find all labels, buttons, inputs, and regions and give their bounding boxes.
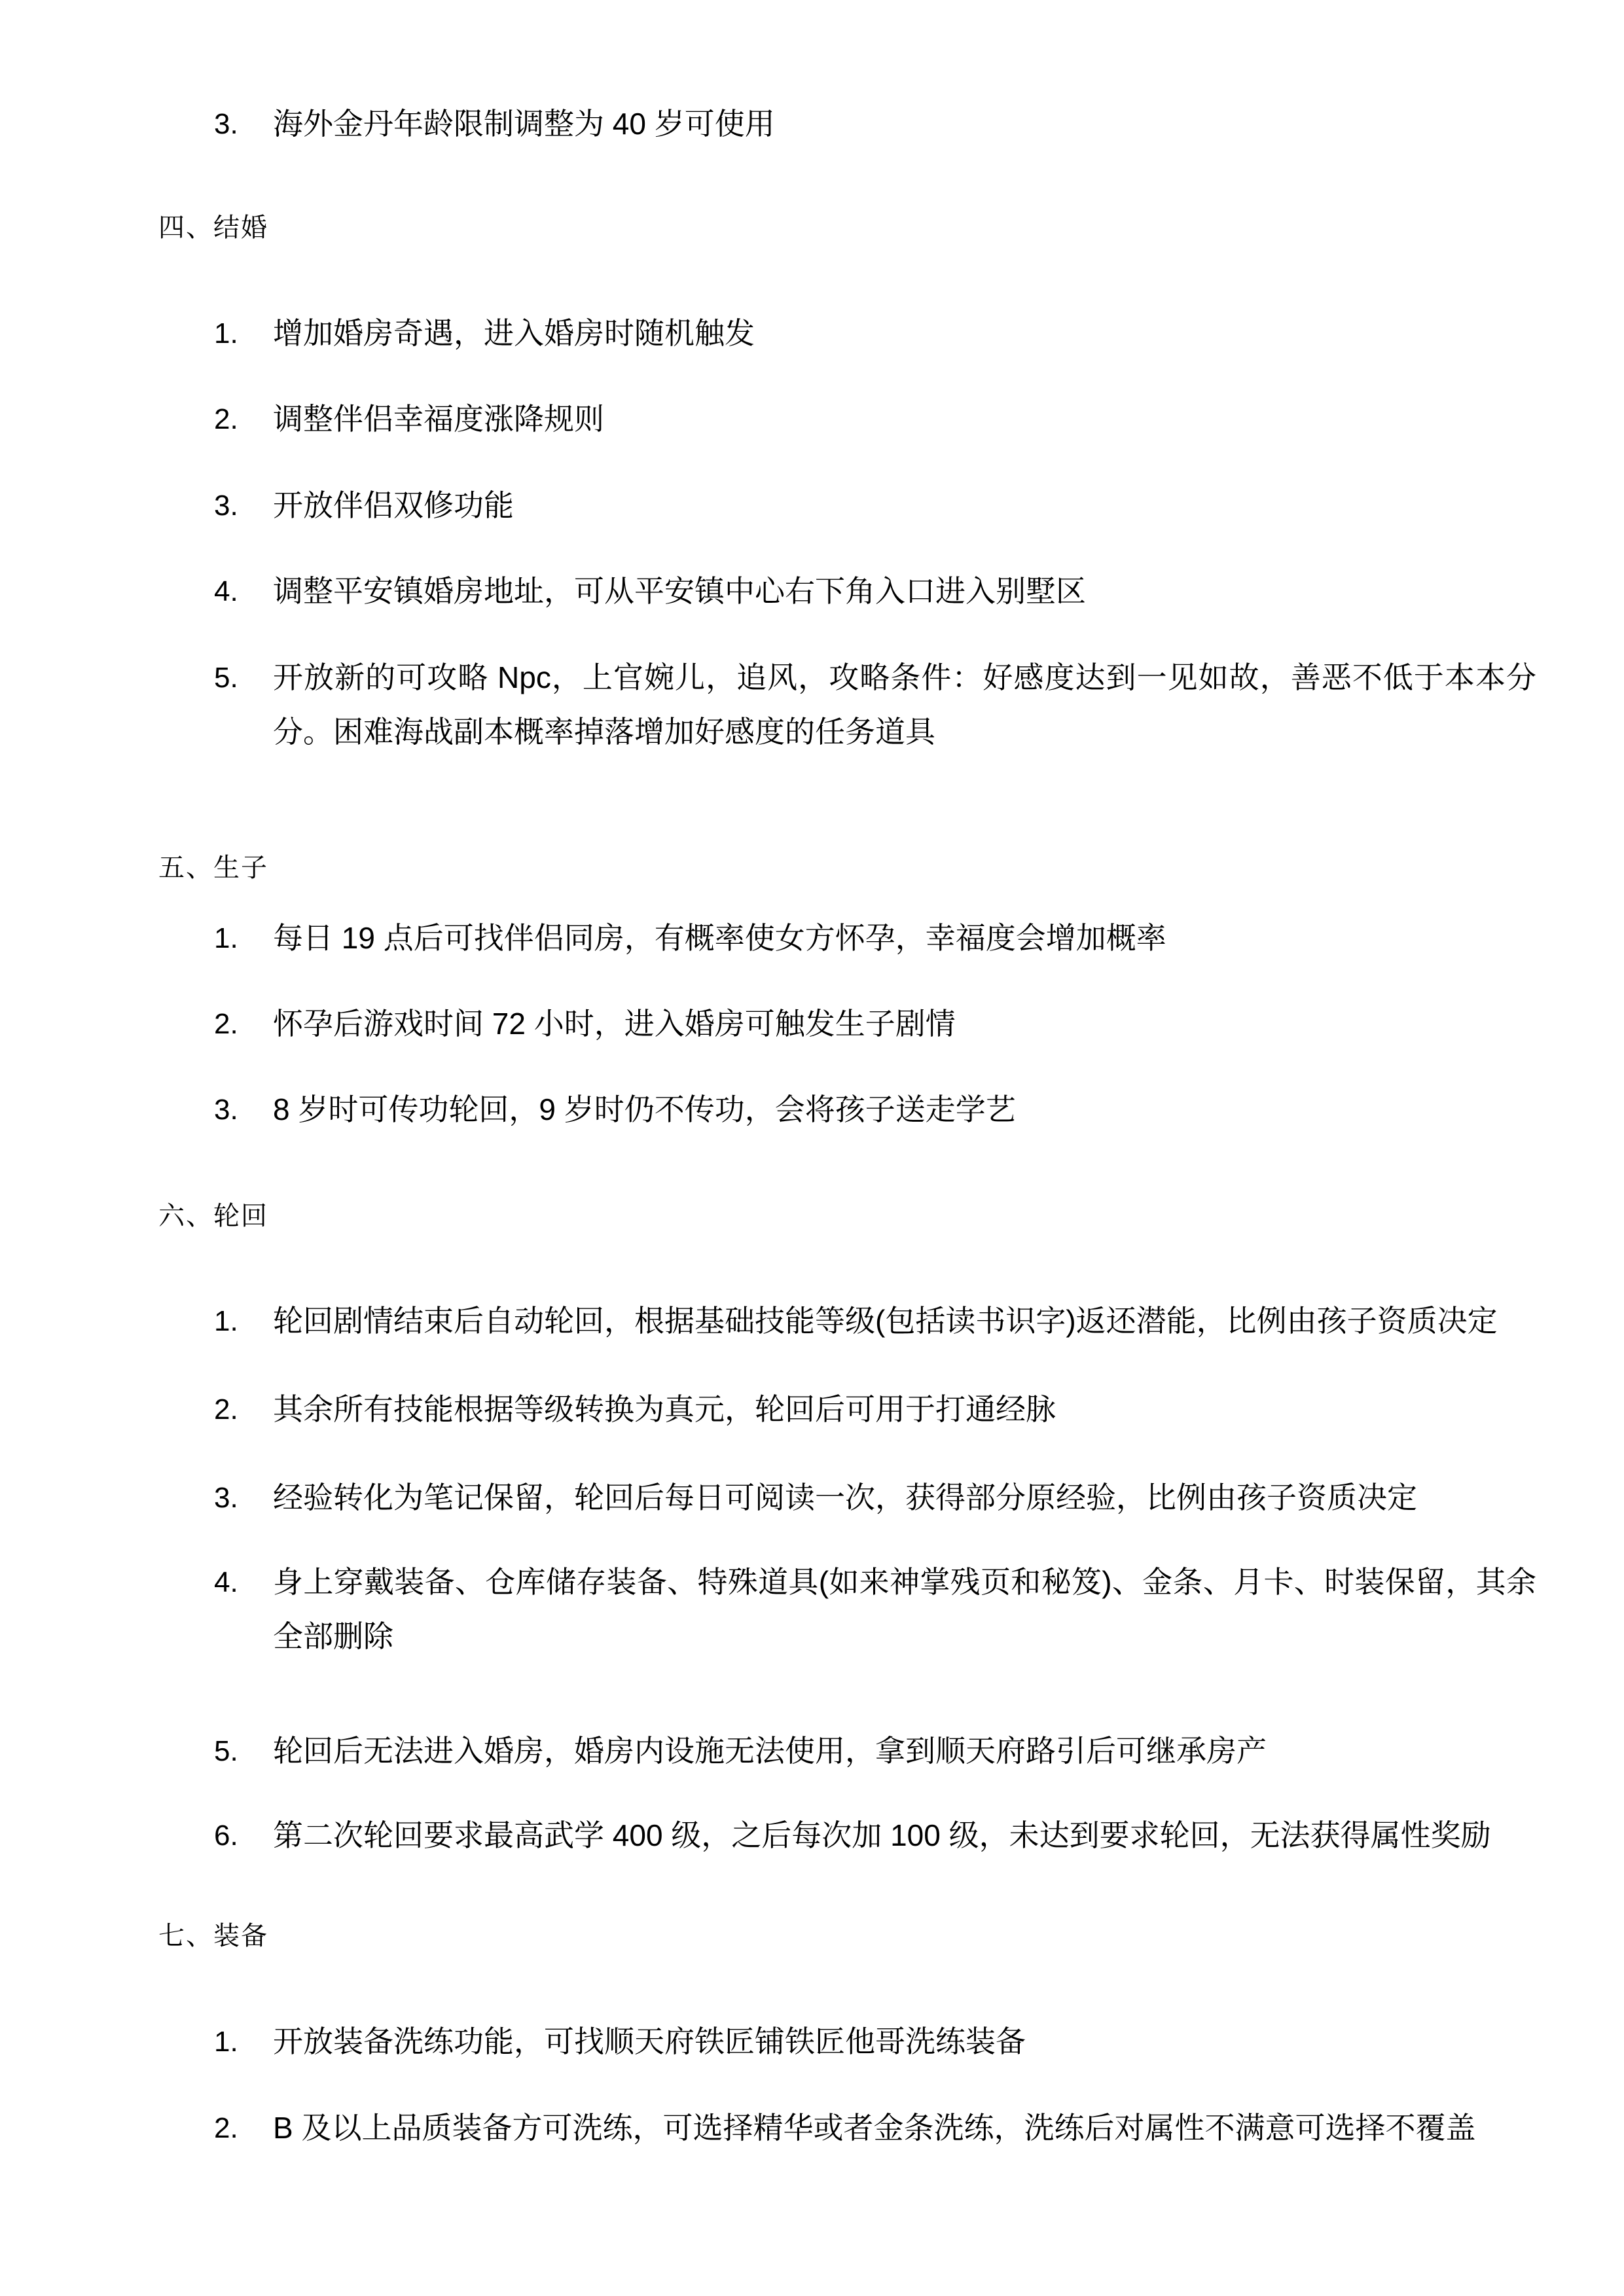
item-text: 8 岁时可传功轮回，9 岁时仍不传功，会将孩子送走学艺	[273, 1083, 1536, 1137]
item-text: 调整伴侣幸福度涨降规则	[273, 392, 1536, 446]
list-item: 2. 其余所有技能根据等级转换为真元，轮回后可用于打通经脉	[214, 1382, 1536, 1437]
section-heading-marriage: 四、结婚	[158, 211, 268, 245]
item-text: 海外金丹年龄限制调整为 40 岁可使用	[273, 97, 1536, 151]
item-number: 4.	[214, 1555, 273, 1609]
item-number: 3.	[214, 1471, 273, 1525]
list-item: 3. 海外金丹年龄限制调整为 40 岁可使用	[214, 97, 1536, 151]
item-number: 3.	[214, 478, 273, 533]
item-number: 6.	[214, 1808, 273, 1863]
list-item: 6. 第二次轮回要求最高武学 400 级，之后每次加 100 级，未达到要求轮回…	[214, 1808, 1536, 1863]
item-number: 5.	[214, 1724, 273, 1778]
item-text: B 及以上品质装备方可洗练，可选择精华或者金条洗练，洗练后对属性不满意可选择不覆…	[273, 2101, 1536, 2155]
item-text: 每日 19 点后可找伴侣同房，有概率使女方怀孕，幸福度会增加概率	[273, 911, 1536, 965]
list-item: 2. 调整伴侣幸福度涨降规则	[214, 392, 1536, 446]
item-text: 经验转化为笔记保留，轮回后每日可阅读一次，获得部分原经验，比例由孩子资质决定	[273, 1471, 1536, 1525]
list-item: 3. 经验转化为笔记保留，轮回后每日可阅读一次，获得部分原经验，比例由孩子资质决…	[214, 1471, 1536, 1525]
item-number: 2.	[214, 392, 273, 446]
list-item: 1. 增加婚房奇遇，进入婚房时随机触发	[214, 306, 1536, 361]
item-number: 2.	[214, 1382, 273, 1437]
item-number: 1.	[214, 1294, 273, 1348]
item-text: 轮回剧情结束后自动轮回，根据基础技能等级(包括读书识字)返还潜能，比例由孩子资质…	[273, 1294, 1536, 1348]
item-text: 增加婚房奇遇，进入婚房时随机触发	[273, 306, 1536, 361]
item-text: 开放伴侣双修功能	[273, 478, 1536, 533]
list-item: 1. 每日 19 点后可找伴侣同房，有概率使女方怀孕，幸福度会增加概率	[214, 911, 1536, 965]
list-item: 5. 轮回后无法进入婚房，婚房内设施无法使用，拿到顺天府路引后可继承房产	[214, 1724, 1536, 1778]
section-heading-childbirth: 五、生子	[158, 851, 268, 885]
list-item: 3. 8 岁时可传功轮回，9 岁时仍不传功，会将孩子送走学艺	[214, 1083, 1536, 1137]
item-number: 2.	[214, 997, 273, 1051]
list-item: 4. 调整平安镇婚房地址，可从平安镇中心右下角入口进入别墅区	[214, 564, 1536, 619]
list-item: 1. 开放装备洗练功能，可找顺天府铁匠铺铁匠他哥洗练装备	[214, 2015, 1536, 2069]
list-item: 1. 轮回剧情结束后自动轮回，根据基础技能等级(包括读书识字)返还潜能，比例由孩…	[214, 1294, 1536, 1348]
list-item: 4. 身上穿戴装备、仓库储存装备、特殊道具(如来神掌残页和秘笈)、金条、月卡、时…	[214, 1555, 1536, 1664]
item-text: 身上穿戴装备、仓库储存装备、特殊道具(如来神掌残页和秘笈)、金条、月卡、时装保留…	[273, 1555, 1536, 1664]
item-text: 轮回后无法进入婚房，婚房内设施无法使用，拿到顺天府路引后可继承房产	[273, 1724, 1536, 1778]
section-heading-equipment: 七、装备	[158, 1919, 268, 1953]
item-text: 怀孕后游戏时间 72 小时，进入婚房可触发生子剧情	[273, 997, 1536, 1051]
item-number: 4.	[214, 564, 273, 619]
list-item: 2. 怀孕后游戏时间 72 小时，进入婚房可触发生子剧情	[214, 997, 1536, 1051]
item-text: 开放装备洗练功能，可找顺天府铁匠铺铁匠他哥洗练装备	[273, 2015, 1536, 2069]
item-number: 1.	[214, 911, 273, 965]
list-item: 5. 开放新的可攻略 Npc，上官婉儿，追风，攻略条件：好感度达到一见如故，善恶…	[214, 651, 1536, 759]
item-number: 1.	[214, 2015, 273, 2069]
section-heading-reincarnation: 六、轮回	[158, 1199, 268, 1233]
list-item: 3. 开放伴侣双修功能	[214, 478, 1536, 533]
item-number: 1.	[214, 306, 273, 361]
item-text: 调整平安镇婚房地址，可从平安镇中心右下角入口进入别墅区	[273, 564, 1536, 619]
item-text: 其余所有技能根据等级转换为真元，轮回后可用于打通经脉	[273, 1382, 1536, 1437]
document-page: 3. 海外金丹年龄限制调整为 40 岁可使用 四、结婚 1. 增加婚房奇遇，进入…	[0, 0, 1624, 2296]
item-number: 3.	[214, 1083, 273, 1137]
item-number: 2.	[214, 2101, 273, 2155]
list-item: 2. B 及以上品质装备方可洗练，可选择精华或者金条洗练，洗练后对属性不满意可选…	[214, 2101, 1536, 2155]
item-text: 开放新的可攻略 Npc，上官婉儿，追风，攻略条件：好感度达到一见如故，善恶不低于…	[273, 651, 1536, 759]
item-number: 3.	[214, 97, 273, 151]
item-text: 第二次轮回要求最高武学 400 级，之后每次加 100 级，未达到要求轮回，无法…	[273, 1808, 1536, 1863]
item-number: 5.	[214, 651, 273, 705]
